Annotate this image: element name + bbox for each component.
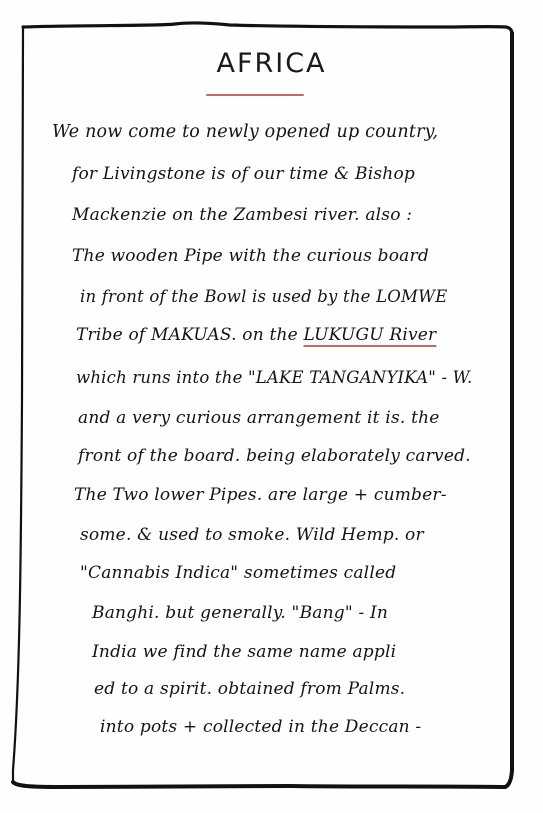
text-line: "Cannabis Indica" sometimes called [80,563,396,583]
text-line: which runs into the "LAKE TANGANYIKA" - … [76,368,472,387]
text-line: ed to a spirit. obtained from Palms. [94,679,405,699]
text-line: Banghi. but generally. "Bang" - In [92,603,388,623]
text-line: Mackenzie on the Zambesi river. also : [72,205,412,225]
text-line: for Livingstone is of our time & Bishop [72,164,415,184]
text-line: Tribe of MAKUAS. on the LUKUGU River [76,325,436,345]
text-line: The wooden Pipe with the curious board [72,246,429,266]
text-line: into pots + collected in the Deccan - [100,717,421,737]
text-line: some. & used to smoke. Wild Hemp. or [80,525,424,545]
underlined-place-name: LUKUGU River [304,325,437,345]
text-line: The Two lower Pipes. are large + cumber- [74,485,447,505]
text-line: India we find the same name appli [92,642,396,662]
text-line: and a very curious arrangement it is. th… [78,408,440,428]
text-line: front of the board. being elaborately ca… [78,446,471,466]
text-line: We now come to newly opened up country, [52,122,438,142]
manuscript-text: We now come to newly opened up country, … [0,0,543,813]
text-line: in front of the Bowl is used by the LOMW… [80,287,447,306]
manuscript-page: AFRICA We now come to newly opened up co… [0,0,543,813]
text-segment: Tribe of MAKUAS. on the [76,325,304,345]
